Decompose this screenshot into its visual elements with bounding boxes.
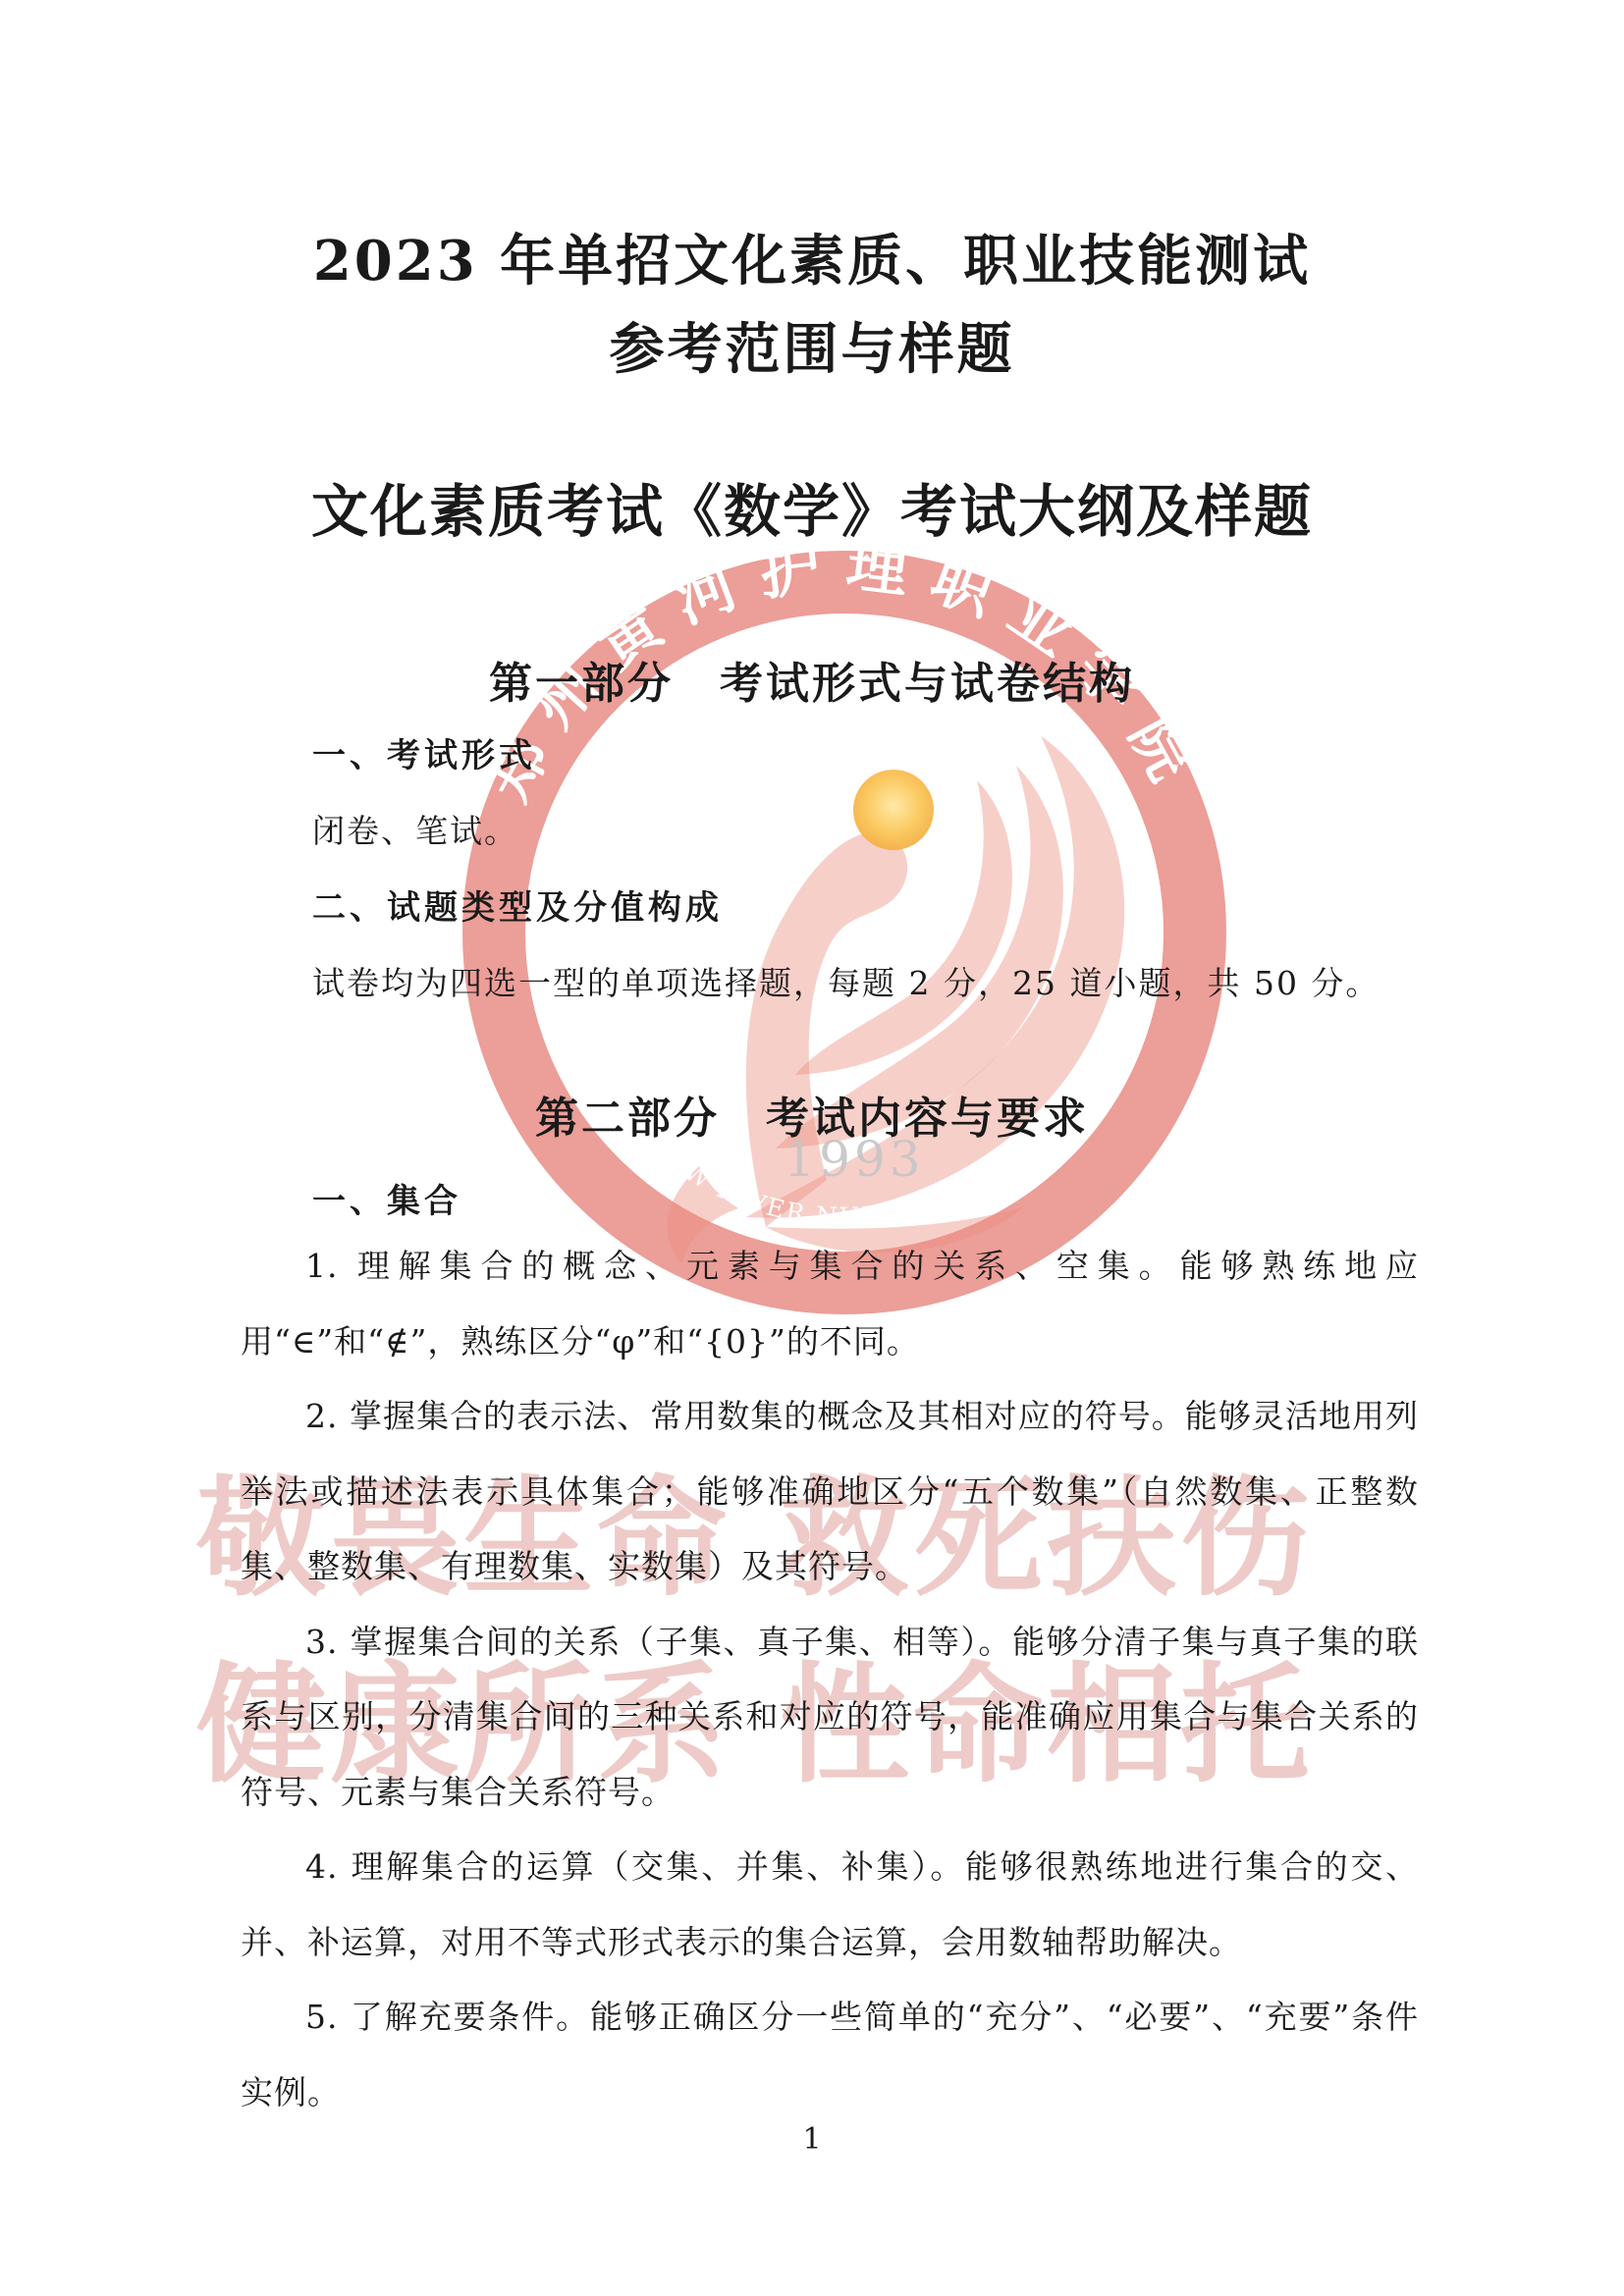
section-label-question-types: 二、试题类型及分值构成: [312, 881, 723, 929]
requirement-item: 2. 掌握集合的表示法、常用数集的概念及其相对应的符号。能够灵活地用列举法或描述…: [241, 1379, 1419, 1605]
document-content: 2023 年单招文化素质、职业技能测试 参考范围与样题 文化素质考试《数学》考试…: [0, 0, 1624, 2296]
part2-heading: 第二部分 考试内容与要求: [0, 1083, 1624, 1146]
requirement-item: 3. 掌握集合间的关系（子集、真子集、相等）。能够分清子集与真子集的联系与区别，…: [241, 1605, 1419, 1831]
section-body-exam-form: 闭卷、笔试。: [312, 806, 518, 852]
doc-subtitle: 文化素质考试《数学》考试大纲及样题: [0, 465, 1624, 548]
section-body-question-types: 试卷均为四选一型的单项选择题，每题 2 分，25 道小题，共 50 分。: [312, 958, 1380, 1004]
section-label-exam-form: 一、考试形式: [312, 728, 536, 776]
doc-title-line1: 2023 年单招文化素质、职业技能测试: [0, 218, 1624, 296]
requirement-item: 4. 理解集合的运算（交集、并集、补集）。能够很熟练地进行集合的交、并、补运算，…: [241, 1830, 1419, 1980]
requirement-item: 1. 理解集合的概念、元素与集合的关系、空集。能够熟练地应用“∈”和“∉”，熟练…: [241, 1229, 1419, 1379]
requirement-paragraphs: 1. 理解集合的概念、元素与集合的关系、空集。能够熟练地应用“∈”和“∉”，熟练…: [241, 1229, 1419, 2130]
part1-heading: 第一部分 考试形式与试卷结构: [0, 648, 1624, 711]
requirement-item: 5. 了解充要条件。能够正确区分一些简单的“充分”、“必要”、“充要”条件实例。: [241, 1980, 1419, 2130]
page-number: 1: [0, 2122, 1624, 2157]
document-page: 1993 郑州黄河护理职业学院 ZHENGZHOU YELLOW RIVER N…: [0, 0, 1624, 2296]
doc-title-line2: 参考范围与样题: [0, 306, 1624, 385]
topic-label-sets: 一、集合: [312, 1174, 461, 1222]
